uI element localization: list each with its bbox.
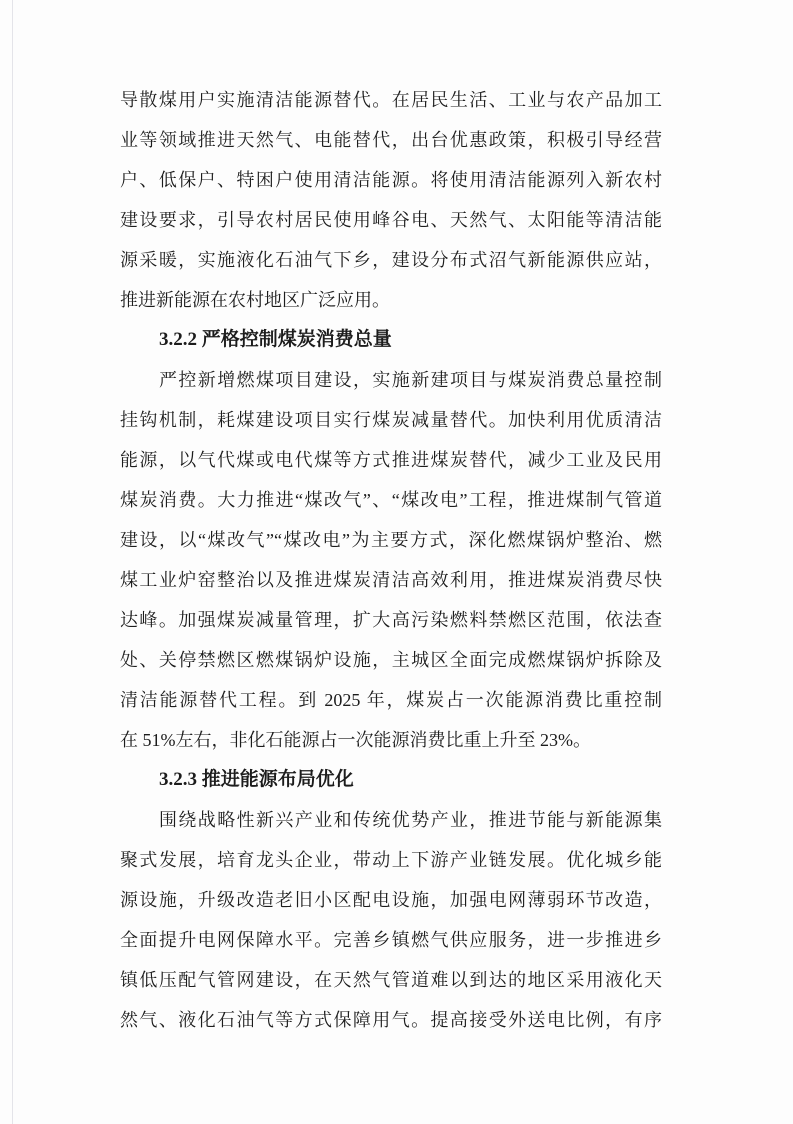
body-line: 业等领域推进天然气、电能替代，出台优惠政策，积极引导经营 (120, 120, 662, 160)
document-content: 导散煤用户实施清洁能源替代。在居民生活、工业与农产品加工 业等领域推进天然气、电… (120, 80, 662, 1040)
body-line: 严控新增燃煤项目建设，实施新建项目与煤炭消费总量控制 (120, 360, 662, 400)
body-line: 户、低保户、特困户使用清洁能源。将使用清洁能源列入新农村 (120, 160, 662, 200)
body-line: 清洁能源替代工程。到 2025 年，煤炭占一次能源消费比重控制 (120, 680, 662, 720)
body-line: 源采暖，实施液化石油气下乡，建设分布式沼气新能源供应站， (120, 240, 662, 280)
body-line: 镇低压配气管网建设，在天然气管道难以到达的地区采用液化天 (120, 960, 662, 1000)
body-line: 处、关停禁燃区燃煤锅炉设施，主城区全面完成燃煤锅炉拆除及 (120, 640, 662, 680)
body-line: 围绕战略性新兴产业和传统优势产业，推进节能与新能源集 (120, 800, 662, 840)
body-line: 全面提升电网保障水平。完善乡镇燃气供应服务，进一步推进乡 (120, 920, 662, 960)
body-line: 达峰。加强煤炭减量管理，扩大高污染燃料禁燃区范围，依法查 (120, 600, 662, 640)
document-page: 导散煤用户实施清洁能源替代。在居民生活、工业与农产品加工 业等领域推进天然气、电… (0, 0, 793, 1124)
body-line: 源设施，升级改造老旧小区配电设施，加强电网薄弱环节改造， (120, 880, 662, 920)
body-line: 煤炭消费。大力推进“煤改气”、“煤改电”工程，推进煤制气管道 (120, 480, 662, 520)
body-line: 在 51%左右，非化石能源占一次能源消费比重上升至 23%。 (120, 720, 662, 760)
section-heading-3-2-3: 3.2.3 推进能源布局优化 (120, 760, 662, 800)
body-line: 然气、液化石油气等方式保障用气。提高接受外送电比例，有序 (120, 1000, 662, 1040)
scan-edge-line (12, 0, 13, 1124)
body-line: 推进新能源在农村地区广泛应用。 (120, 280, 662, 320)
body-line: 导散煤用户实施清洁能源替代。在居民生活、工业与农产品加工 (120, 80, 662, 120)
body-line: 能源，以气代煤或电代煤等方式推进煤炭替代，减少工业及民用 (120, 440, 662, 480)
body-line: 挂钩机制，耗煤建设项目实行煤炭减量替代。加快利用优质清洁 (120, 400, 662, 440)
section-heading-3-2-2: 3.2.2 严格控制煤炭消费总量 (120, 320, 662, 360)
body-line: 建设要求，引导农村居民使用峰谷电、天然气、太阳能等清洁能 (120, 200, 662, 240)
body-line: 聚式发展，培育龙头企业，带动上下游产业链发展。优化城乡能 (120, 840, 662, 880)
body-line: 煤工业炉窑整治以及推进煤炭清洁高效利用，推进煤炭消费尽快 (120, 560, 662, 600)
body-line: 建设，以“煤改气”“煤改电”为主要方式，深化燃煤锅炉整治、燃 (120, 520, 662, 560)
